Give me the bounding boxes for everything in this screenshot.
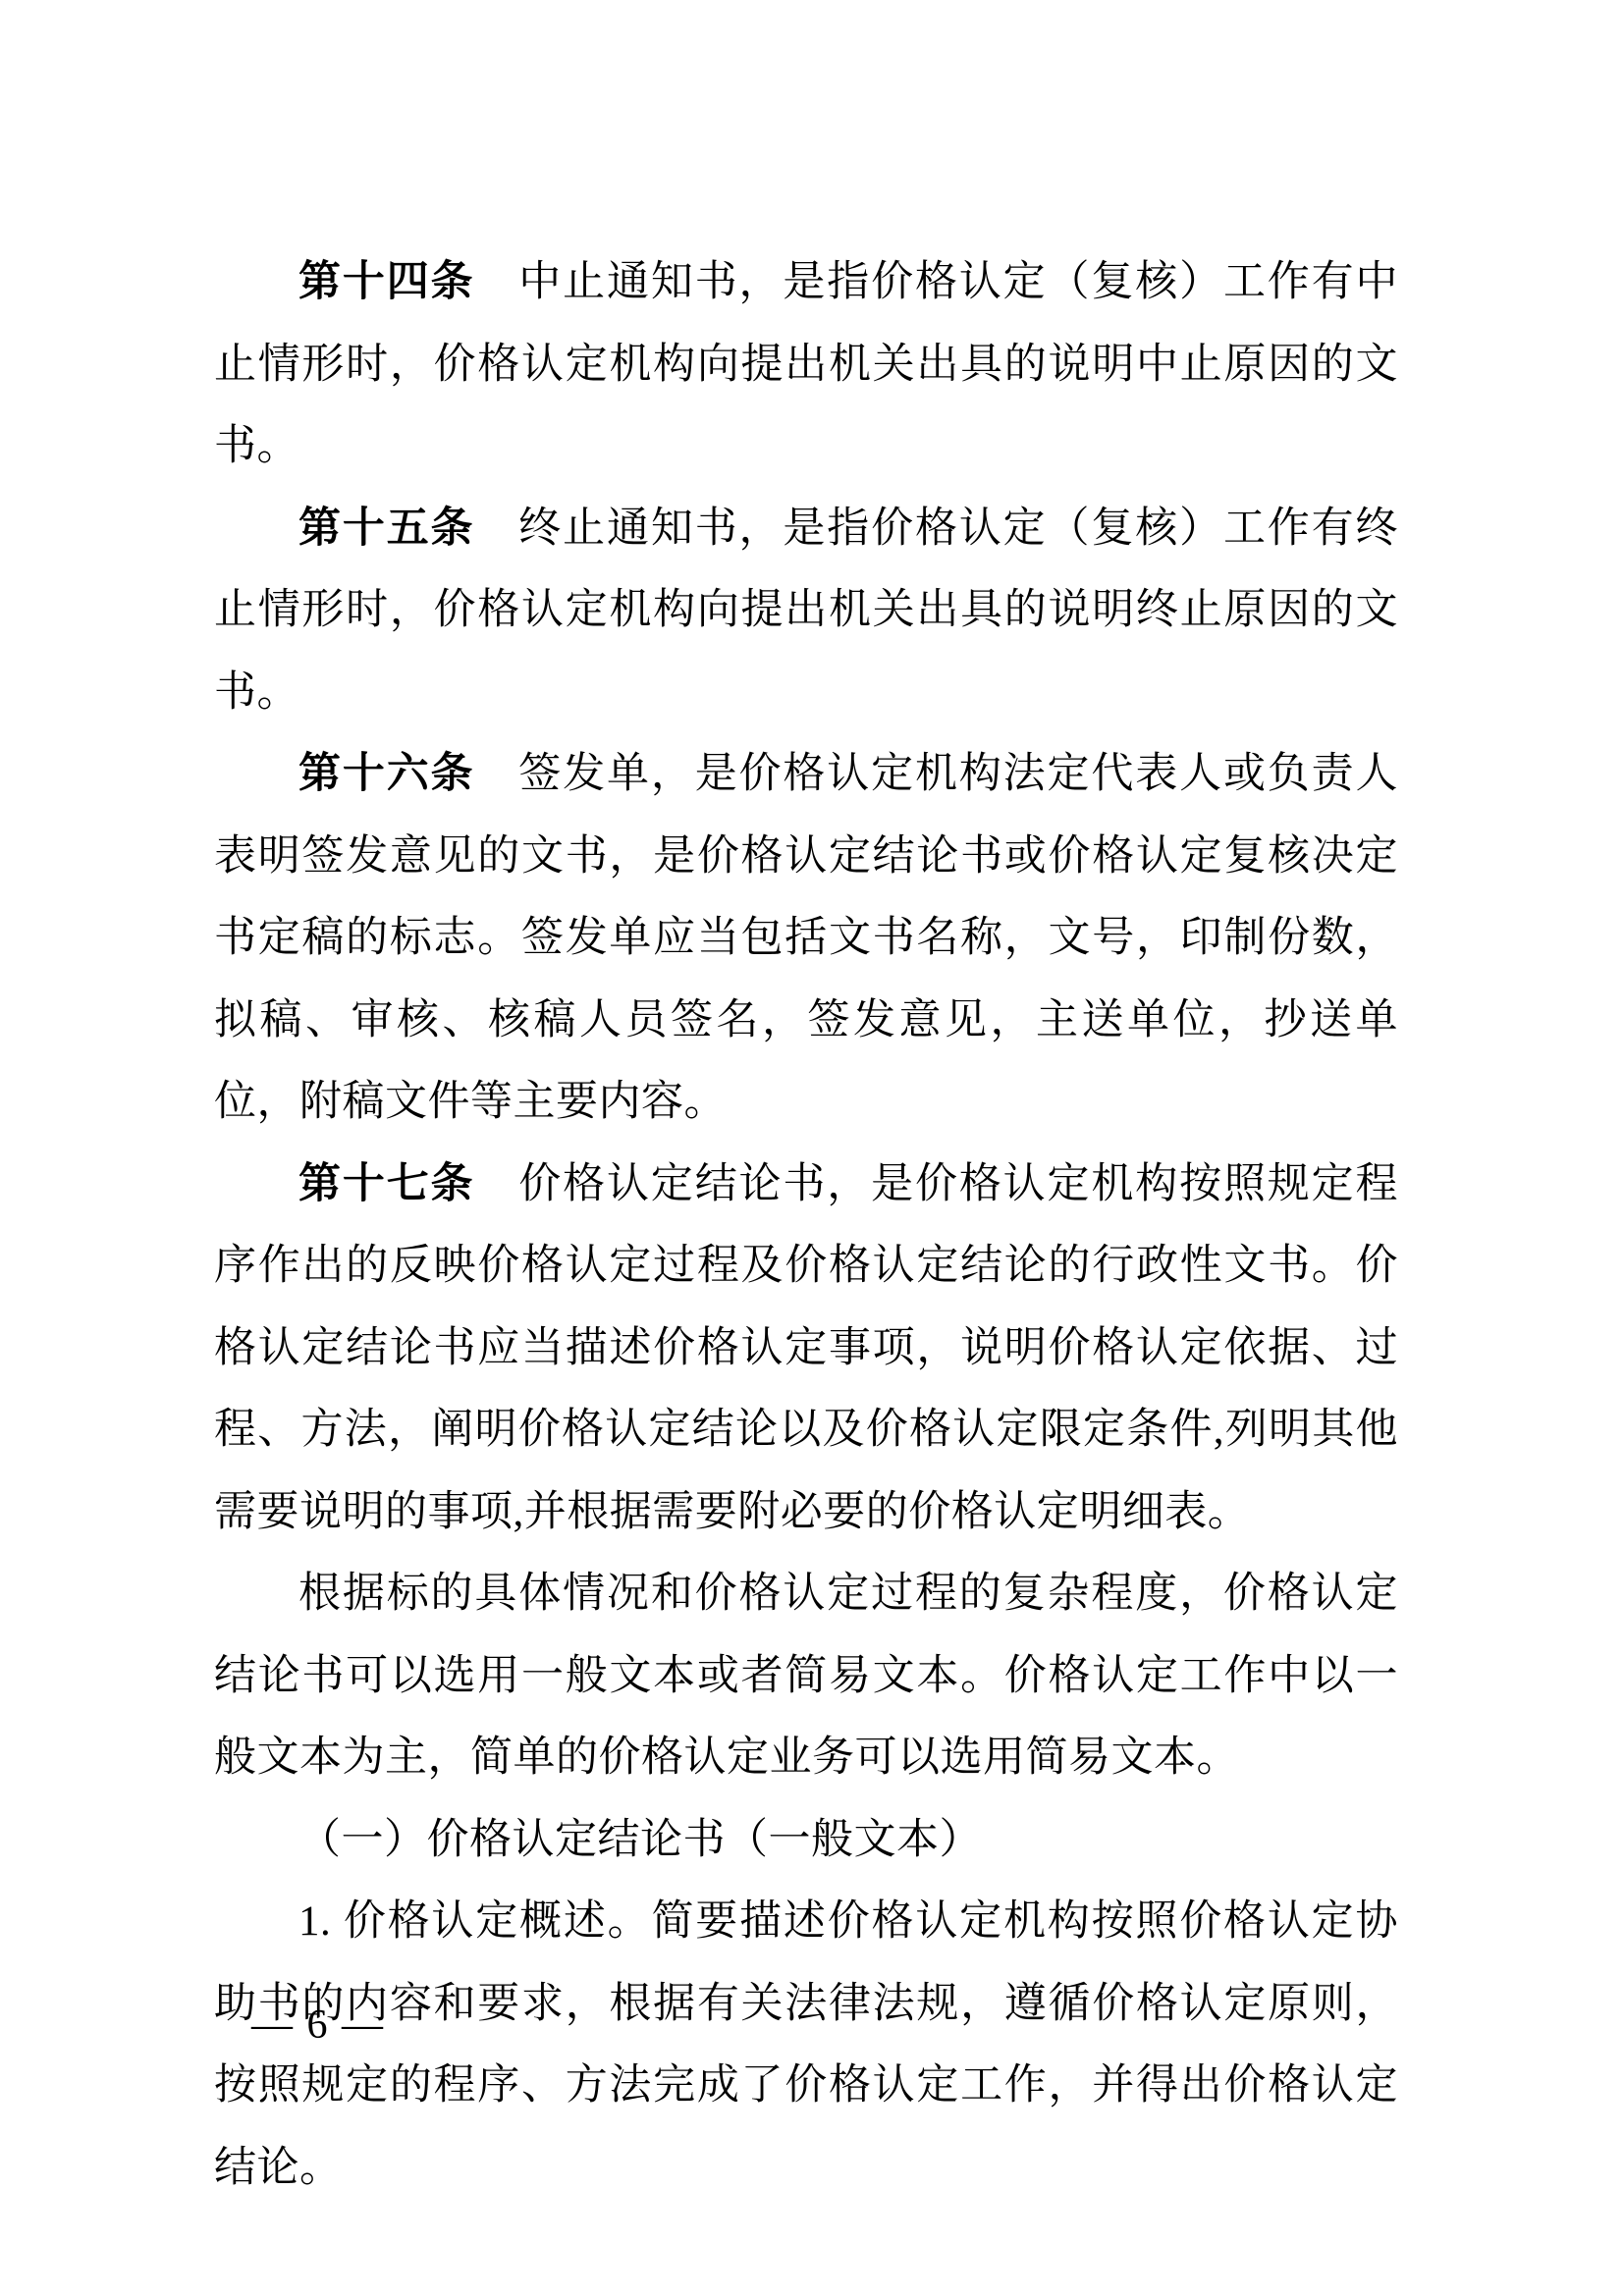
article-number: 第十五条 [298, 504, 474, 553]
body-paragraph: 根据标的具体情况和价格认定过程的复杂程度，价格认定结论书可以选用一般文本或者简易… [214, 1553, 1398, 1799]
page-number: — 6 — [251, 2001, 385, 2050]
article-number: 第十六条 [298, 749, 474, 798]
article-number: 第十四条 [298, 257, 474, 306]
document-body: 第十四条 中止通知书，是指价格认定（复核）工作有中止情形时，价格认定机构向提出机… [214, 241, 1398, 2209]
paragraph-text: 价格认定结论书，是价格认定机构按照规定程序作出的反映价格认定过程及价格认定结论的… [214, 1161, 1398, 1535]
article-paragraph-17: 第十七条 价格认定结论书，是价格认定机构按照规定程序作出的反映价格认定过程及价格… [214, 1144, 1398, 1554]
list-item-heading: （一）价格认定结论书（一般文本） [214, 1799, 1398, 1882]
paragraph-text: 1. 价格认定概述。简要描述价格认定机构按照价格认定协助书的内容和要求，根据有关… [214, 1898, 1398, 2191]
page-number-label: — 6 — [251, 2002, 385, 2048]
article-paragraph-16: 第十六条 签发单，是价格认定机构法定代表人或负责人表明签发意见的文书，是价格认定… [214, 733, 1398, 1144]
numbered-item-paragraph: 1. 价格认定概述。简要描述价格认定机构按照价格认定协助书的内容和要求，根据有关… [214, 1881, 1398, 2209]
paragraph-text: 签发单，是价格认定机构法定代表人或负责人表明签发意见的文书，是价格认定结论书或价… [214, 751, 1398, 1125]
article-paragraph-15: 第十五条 终止通知书，是指价格认定（复核）工作有终止情形时，价格认定机构向提出机… [214, 488, 1398, 734]
paragraph-text: （一）价格认定结论书（一般文本） [298, 1817, 982, 1863]
article-paragraph-14: 第十四条 中止通知书，是指价格认定（复核）工作有中止情形时，价格认定机构向提出机… [214, 241, 1398, 488]
article-number: 第十七条 [298, 1159, 474, 1208]
paragraph-text: 根据标的具体情况和价格认定过程的复杂程度，价格认定结论书可以选用一般文本或者简易… [214, 1571, 1398, 1781]
